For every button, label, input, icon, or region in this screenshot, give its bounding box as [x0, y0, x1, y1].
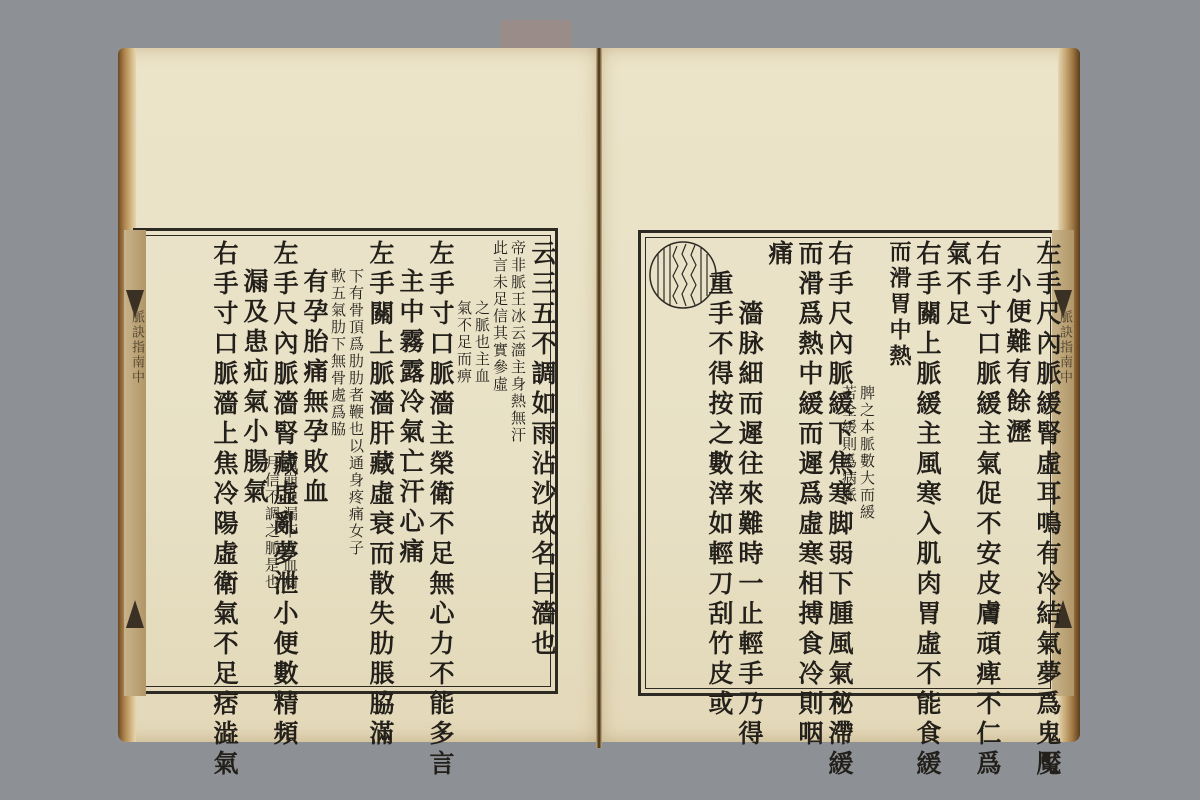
annotation-column: 謂崩中漏下或血病 月信不調之脈是也	[261, 240, 297, 690]
annotation-left-line: 月信不調之脈是也	[261, 455, 279, 690]
text-column: 右手寸口脈濇上焦冷陽虛衛氣不足痞澁氣	[207, 240, 237, 690]
right-page-body: 左手尺內脈緩腎虛耳鳴有冷結氣夢爲鬼魘 小便難有餘瀝 右手寸口脈緩主氣促不安皮膚頑…	[650, 240, 1060, 690]
text-column: 左手寸口脈濇主榮衛不足無心力不能多言	[423, 240, 453, 690]
text-column: 主中霧露冷氣亡汗心痛	[393, 240, 423, 690]
text-column: 痛	[762, 240, 792, 690]
annotation-left-line: 軟五氣肋下無骨處爲脇	[327, 268, 345, 690]
text-column: 左手關上脈濇肝藏虛衰而散失肋脹脇滿	[363, 240, 393, 690]
annotation-right-line: 帝非脈王冰云濇主身熱無汗	[507, 240, 525, 690]
section-heading-column: 濇脉細而遲往來難時一止輕手乃得	[732, 240, 762, 690]
annotation-right-line: 謂崩中漏下或血病	[279, 455, 297, 690]
left-hanshin-margin: 脈訣指南中	[124, 230, 146, 696]
text-column: 重手不得按之數滓如輕刀刮竹皮或	[702, 240, 732, 690]
left-page-body: 云三五不調如雨沾沙故名曰濇也 帝非脈王冰云濇主身熱無汗 此言未足信其實參虛 之脈…	[145, 240, 555, 690]
text-column: 小便難有餘瀝	[1000, 240, 1030, 690]
text-column: 右手寸口脈緩主氣促不安皮膚頑痺不仁爲	[970, 240, 1000, 690]
annotation-right-line: 之脈也主血	[471, 300, 489, 690]
text-segment: 而滑胃中熱	[880, 240, 910, 690]
text-column: 氣不足	[940, 240, 970, 690]
annotation-column: 而滑胃中熱	[874, 240, 910, 690]
annotation-left-line: 此言未足信其實參虛	[489, 240, 507, 690]
left-margin-title: 脈訣指南中	[124, 310, 146, 385]
text-column: 而滑爲熱中緩而遲爲虛寒相搏食冷則咽	[792, 240, 822, 690]
book-spine-gutter	[596, 48, 602, 748]
annotation-right-line: 下有骨頂爲肋肋者鞭也以通身疼痛女子	[345, 268, 363, 690]
text-column: 有孕胎痛無孕敗血	[297, 240, 327, 690]
fish-tail-mark-bottom	[126, 600, 144, 628]
text-column: 云三五不調如雨沾沙故名曰濇也	[525, 240, 555, 690]
annotation-left-line: 若全緩則爲病脈	[838, 385, 856, 690]
annotation-column: 脾之本脈數大而緩 若全緩則爲病脈	[838, 240, 874, 690]
text-column: 右手關上脈緩主風寒入肌肉胃虛不能食緩	[910, 240, 940, 690]
annotation-left-line: 氣不足而痹	[453, 300, 471, 690]
annotation-column: 之脈也主血 氣不足而痹	[453, 240, 489, 690]
text-segment: 小便難有餘瀝	[1005, 268, 1030, 690]
annotation-right-line: 脾之本脈數大而緩	[856, 385, 874, 690]
annotation-column: 下有骨頂爲肋肋者鞭也以通身疼痛女子 軟五氣肋下無骨處爲脇	[327, 240, 363, 690]
text-column: 左手尺內脈緩腎虛耳鳴有冷結氣夢爲鬼魘	[1030, 240, 1060, 690]
annotation-column: 帝非脈王冰云濇主身熱無汗 此言未足信其實參虛	[489, 240, 525, 690]
